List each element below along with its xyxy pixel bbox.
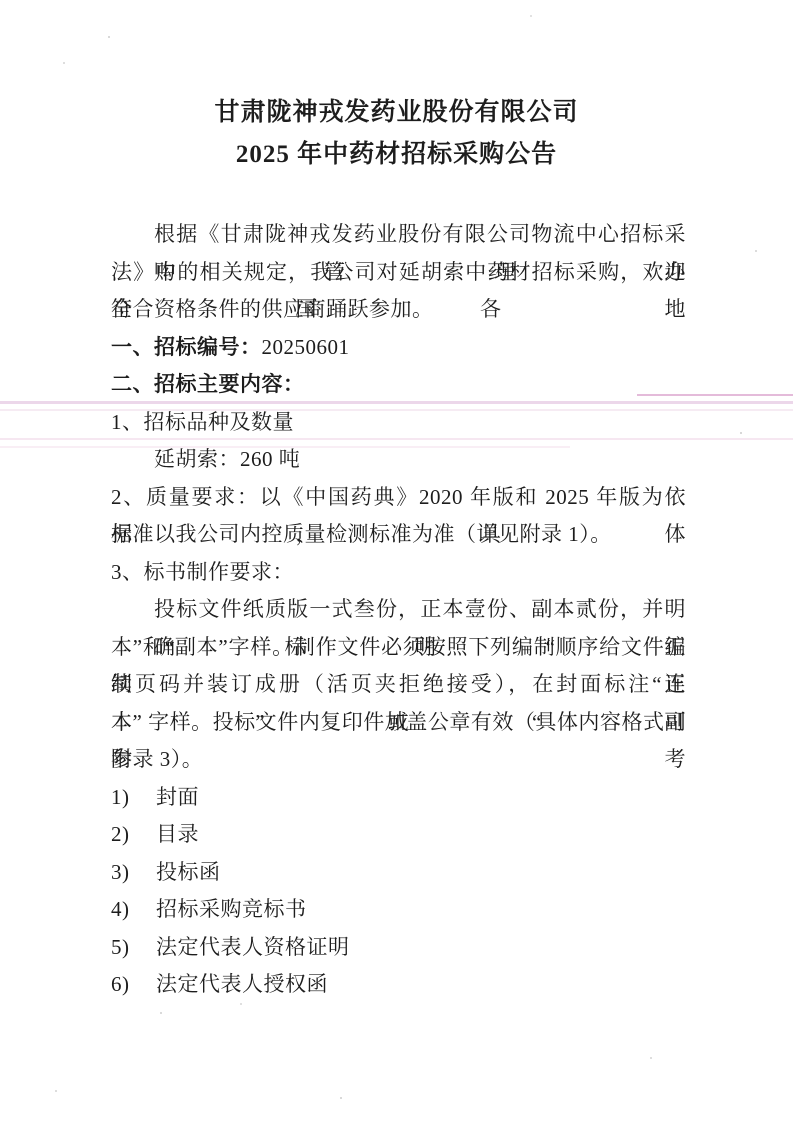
list-item-number: 3) — [111, 854, 156, 892]
item3-para-line-1: 投标文件纸质版一式叁份，正本壹份、副本贰份，并明确标明“正 — [111, 591, 686, 629]
item2-line-1: 2、质量要求：以《中国药典》2020 年版和 2025 年版为依据，具体 — [111, 479, 686, 517]
list-item-text: 目录 — [156, 816, 199, 854]
section1-label: 一、招标编号： — [111, 335, 262, 359]
list-item-text: 封面 — [156, 779, 199, 817]
list-item: 1)封面 — [111, 779, 686, 817]
item3-para-line-3: 续页码并装订成册（活页夹拒绝接受），在封面标注“正本”或“副 — [111, 666, 686, 704]
announcement-title: 2025 年中药材招标采购公告 — [0, 134, 793, 176]
item2-line-2: 标准以我公司内控质量检测标准为准（详见附录 1）。 — [111, 516, 686, 554]
list-item: 3)投标函 — [111, 854, 686, 892]
item3-heading: 3、标书制作要求： — [111, 554, 686, 592]
list-item-text: 投标函 — [156, 854, 221, 892]
tender-number: 20250601 — [262, 335, 350, 359]
list-item-text: 法定代表人授权函 — [156, 966, 328, 1004]
list-item-number: 6) — [111, 966, 156, 1004]
scan-dust-specks — [0, 0, 2, 2]
list-item-number: 2) — [111, 816, 156, 854]
scanned-document-page: 甘肃陇神戎发药业股份有限公司 2025 年中药材招标采购公告 根据《甘肃陇神戎发… — [0, 0, 793, 1122]
intro-line-2: 法》中的相关规定，我公司对延胡索中药材招标采购，欢迎全国各地 — [111, 254, 686, 292]
list-item-number: 1) — [111, 779, 156, 817]
list-item-text: 招标采购竞标书 — [156, 891, 307, 929]
item3-para-line-4: 本” 字样。投标文件内复印件加盖公章有效（具体内容格式可参考 — [111, 704, 686, 742]
item1-heading: 1、招标品种及数量 — [111, 404, 686, 442]
list-item: 5)法定代表人资格证明 — [111, 929, 686, 967]
list-item-number: 4) — [111, 891, 156, 929]
list-item: 6)法定代表人授权函 — [111, 966, 686, 1004]
item3-para-line-2: 本”和“副本”字样。制作文件必须按照下列编制顺序给文件编制连 — [111, 629, 686, 667]
list-item: 2)目录 — [111, 816, 686, 854]
list-item-number: 5) — [111, 929, 156, 967]
section1-heading: 一、招标编号：20250601 — [111, 329, 686, 367]
intro-line-1: 根据《甘肃陇神戎发药业股份有限公司物流中心招标采购管理办 — [111, 216, 686, 254]
list-item-text: 法定代表人资格证明 — [156, 929, 350, 967]
list-item: 4)招标采购竞标书 — [111, 891, 686, 929]
item1-detail: 延胡索：260 吨 — [111, 441, 686, 479]
document-title: 甘肃陇神戎发药业股份有限公司 2025 年中药材招标采购公告 — [0, 92, 793, 176]
document-body: 根据《甘肃陇神戎发药业股份有限公司物流中心招标采购管理办 法》中的相关规定，我公… — [111, 216, 686, 1004]
section2-heading: 二、招标主要内容： — [111, 366, 686, 404]
company-name: 甘肃陇神戎发药业股份有限公司 — [0, 92, 793, 134]
